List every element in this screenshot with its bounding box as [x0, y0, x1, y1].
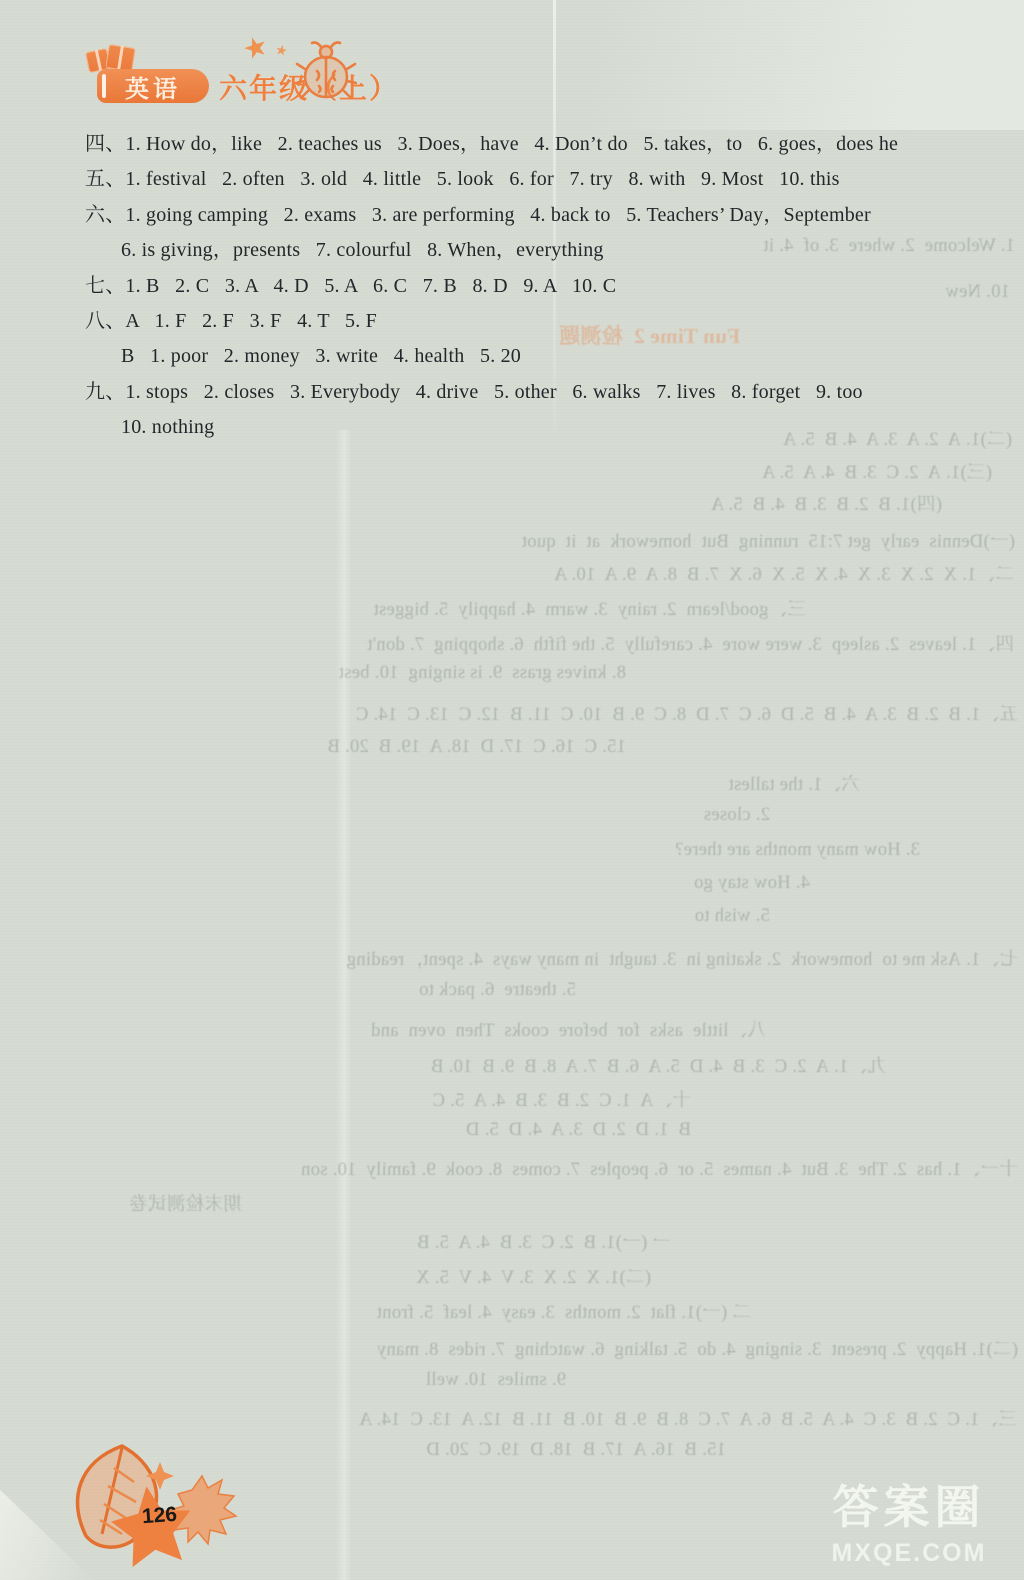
- scan-light-edge: [554, 0, 1024, 130]
- ghost-bleed-line: 15. B 16. A 17. B 18. D 19. C 20. D: [276, 1440, 726, 1461]
- ghost-bleed-line: (二)1. A 2. A 3. A 4. B 5. A: [612, 425, 1012, 451]
- ghost-bleed-line: (二)1. Happy 2. present 3. singing 4. do …: [92, 1335, 1018, 1361]
- ghost-bleed-line: (三)1. A 2. C 3. B 4. A 5. A: [612, 458, 992, 484]
- answer-line-3: 六、1. going camping 2. exams 3. are perfo…: [85, 198, 1000, 233]
- ghost-bleed-line: 十、A 1. C 2. B 3. B 4. A 5. C: [276, 1086, 691, 1112]
- ghost-bleed-line: 5. wish to: [640, 906, 770, 927]
- scanned-answer-page: { "header": { "subject_label": "英语", "gr…: [0, 0, 1024, 1580]
- ghost-bleed-line: (一)Dennis early get 7:15 running But hom…: [390, 527, 1015, 553]
- answers-block: 四、1. How do，like 2. teaches us 3. Does，h…: [85, 127, 1000, 446]
- ladybug-icon: [293, 39, 357, 110]
- ghost-bleed-line: (四)1. B 2. B 3. B 4. B 5. A: [612, 490, 942, 516]
- ghost-bleed-line: Fun Time 2 检测题: [430, 320, 740, 350]
- ghost-bleed-line: 5. theatre 6. pack to: [276, 980, 576, 1001]
- ghost-bleed-line: 1. Welcome 2. where 3. of 4. it: [620, 236, 1015, 257]
- ghost-bleed-line: 8. knives grass 9. is singing 10. best: [276, 663, 626, 684]
- ghost-bleed-line: 一 (一)1. B 2. C 3. B 4. A 5. B: [276, 1228, 671, 1254]
- ghost-bleed-line: 二、1. X 2. X 3. X 4. X 5. X 6. X 7. B 8. …: [92, 560, 1014, 586]
- ghost-bleed-line: 七、1. Ask me to homework 2. skating in 3.…: [92, 945, 1018, 971]
- answer-line-2: 五、1. festival 2. often 3. old 4. little …: [85, 162, 1000, 197]
- ghost-bleed-line: B 1. D 2. D 3. A 4. D 5. D: [276, 1120, 691, 1141]
- header-logo: 英语 六年级（上） ★ ★: [85, 43, 365, 115]
- subject-badge: 英语: [97, 69, 209, 103]
- ghost-bleed-line: (二)1. X 2. X 3. V 4. V 5. X: [276, 1263, 651, 1289]
- ghost-bleed-line: 期末检测试卷: [92, 1190, 242, 1216]
- ghost-bleed-line: 九、1. A 2. C 3. B 4. D 5. A 6. B 7. A 8. …: [276, 1052, 886, 1078]
- ghost-bleed-line: 9. smiles 10. well: [276, 1370, 566, 1391]
- ghost-bleed-line: 十一、1. has 2. The 3. But 4. names 5. or 6…: [92, 1155, 1018, 1181]
- maple-leaf-icon: [170, 1476, 236, 1544]
- ghost-bleed-line: 3. How many months are there?: [640, 840, 920, 861]
- ghost-bleed-line: 五、1. B 2. B 3. A 4. B 5. D 6. C 7. D 8. …: [92, 700, 1018, 726]
- watermark-domain: MXQE.COM: [804, 1539, 1014, 1568]
- star-icon: ★: [238, 28, 272, 68]
- subject-label: 英语: [125, 69, 181, 104]
- watermark: 答案圈 MXQE.COM: [804, 1471, 1014, 1568]
- ghost-bleed-line: 六、1. the tallest: [640, 770, 860, 796]
- ghost-bleed-line: 四、1. leaves 2. asleep 3. were wore 4. ca…: [92, 630, 1014, 656]
- ghost-bleed-line: 八、little asks for before cooks Then oven…: [276, 1016, 766, 1042]
- ghost-bleed-line: 2. closes: [640, 805, 770, 826]
- ghost-bleed-line: 10. New: [900, 282, 1010, 303]
- watermark-title: 答案圈: [804, 1471, 1014, 1537]
- ghost-bleed-line: 15. C 16. C 17. D 18. A 19. B 20. B: [276, 737, 626, 758]
- answer-line-1: 四、1. How do，like 2. teaches us 3. Does，h…: [85, 127, 1000, 162]
- ghost-bleed-line: 二 (一)1. flat 2. months 3. easy 4. leaf 5…: [276, 1298, 751, 1324]
- answer-line-5: 七、1. B 2. C 3. A 4. D 5. A 6. C 7. B 8. …: [85, 269, 1000, 304]
- ghost-bleed-line: 三、good/learn 2. rainy 3. warm 4. happily…: [276, 595, 806, 621]
- ghost-bleed-line: 4. How stay go: [640, 873, 810, 894]
- answer-line-8: 九、1. stops 2. closes 3. Everybody 4. dri…: [85, 375, 1000, 410]
- ghost-bleed-line: 三、1. C 2. B 3. C 4. A 5. B 6. A 7. C 8. …: [62, 1405, 1017, 1431]
- star-icon: ★: [273, 42, 289, 61]
- page-number: 126: [141, 1503, 178, 1529]
